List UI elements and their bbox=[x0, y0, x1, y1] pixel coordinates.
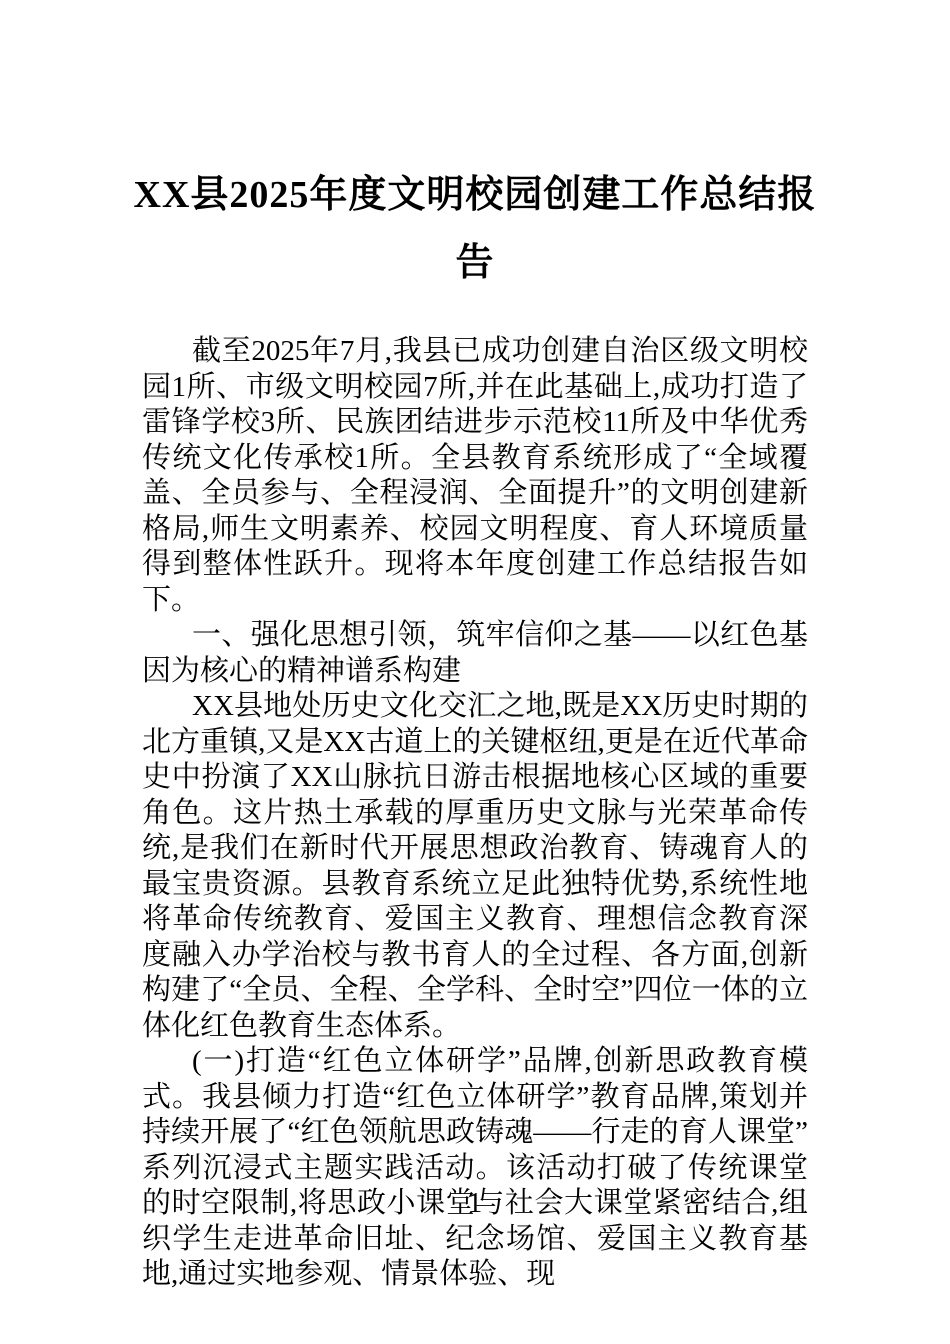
paragraph-subsection-1-1: (一)打造“红色立体研学”品牌,创新思政教育模式。我县倾力打造“红色立体研学”教… bbox=[142, 1044, 808, 1293]
document-page: XX县2025年度文明校园创建工作总结报告 截至2025年7月,我县已成功创建自… bbox=[0, 0, 950, 1344]
page-number: 1 bbox=[468, 1187, 483, 1219]
document-body: 截至2025年7月,我县已成功创建自治区级文明校园1所、市级文明校园7所,并在此… bbox=[142, 334, 808, 1293]
paragraph-section-heading-1: 一、强化思想引领，筑牢信仰之基——以红色基因为核心的精神谱系构建 bbox=[142, 618, 808, 689]
page-footer: 1 bbox=[0, 1186, 950, 1221]
document-title: XX县2025年度文明校园创建工作总结报告 bbox=[130, 0, 820, 297]
paragraph-intro: 截至2025年7月,我县已成功创建自治区级文明校园1所、市级文明校园7所,并在此… bbox=[142, 334, 808, 618]
paragraph-section-1-body: XX县地处历史文化交汇之地,既是XX历史时期的北方重镇,又是XX古道上的关键枢纽… bbox=[142, 689, 808, 1044]
